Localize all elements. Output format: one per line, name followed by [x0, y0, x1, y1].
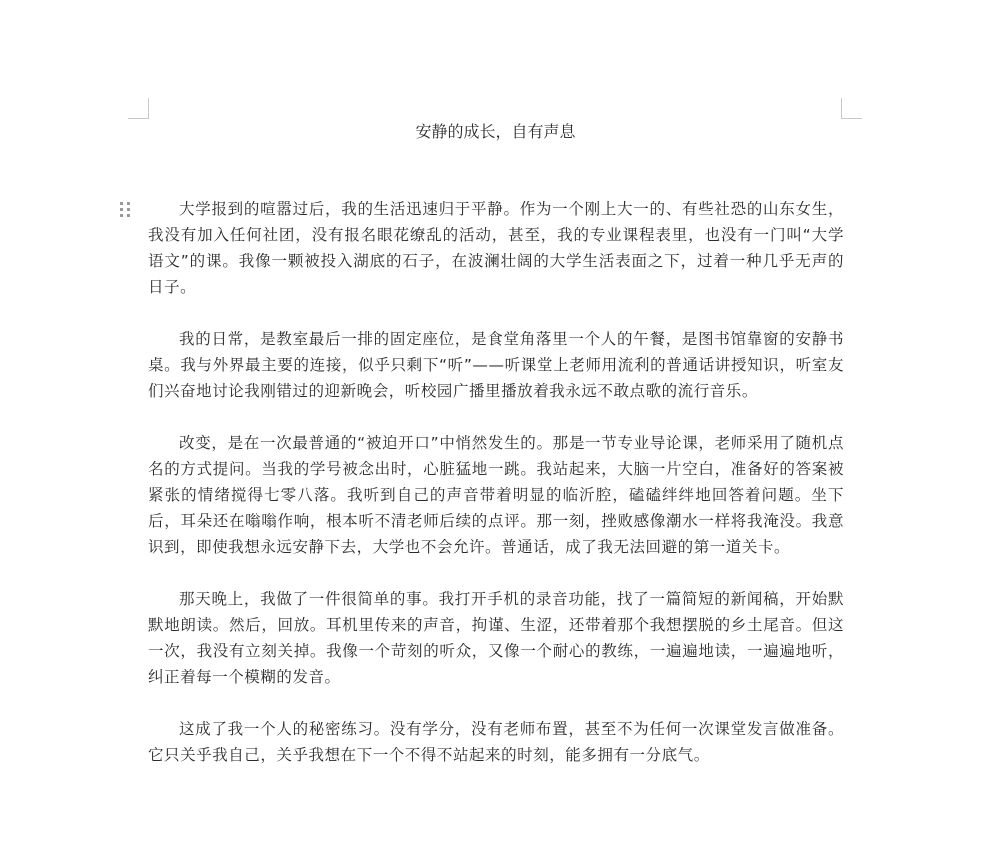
paragraph-2[interactable]: 我的日常，是教室最后一排的固定座位，是食堂角落里一个人的午餐，是图书馆靠窗的安静… — [148, 326, 844, 404]
paragraph-3[interactable]: 改变，是在一次最普通的“被迫开口”中悄然发生的。那是一节专业导论课，老师采用了随… — [148, 430, 844, 560]
margin-corner-top-right — [841, 98, 862, 119]
paragraph-2-text: 我的日常，是教室最后一排的固定座位，是食堂角落里一个人的午餐，是图书馆靠窗的安静… — [148, 330, 844, 400]
document-body: 大学报到的喧嚣过后，我的生活迅速归于平静。作为一个刚上大一的、有些社恐的山东女生… — [148, 196, 844, 794]
document-page: 安静的成长，自有声息 大学报到的喧嚣过后，我的生活迅速归于平静。作为一个刚上大一… — [0, 0, 991, 850]
paragraph-3-text: 改变，是在一次最普通的“被迫开口”中悄然发生的。那是一节专业导论课，老师采用了随… — [148, 434, 844, 556]
drag-handle-icon[interactable] — [120, 202, 130, 216]
margin-corner-top-left — [128, 98, 149, 119]
document-title[interactable]: 安静的成长，自有声息 — [148, 120, 843, 144]
paragraph-1-text: 大学报到的喧嚣过后，我的生活迅速归于平静。作为一个刚上大一的、有些社恐的山东女生… — [148, 200, 844, 296]
paragraph-1[interactable]: 大学报到的喧嚣过后，我的生活迅速归于平静。作为一个刚上大一的、有些社恐的山东女生… — [148, 196, 844, 300]
paragraph-4-text: 那天晚上，我做了一件很简单的事。我打开手机的录音功能，找了一篇简短的新闻稿，开始… — [148, 590, 844, 686]
paragraph-5[interactable]: 这成了我一个人的秘密练习。没有学分，没有老师布置，甚至不为任何一次课堂发言做准备… — [148, 716, 844, 768]
paragraph-5-text: 这成了我一个人的秘密练习。没有学分，没有老师布置，甚至不为任何一次课堂发言做准备… — [148, 720, 844, 764]
paragraph-4[interactable]: 那天晚上，我做了一件很简单的事。我打开手机的录音功能，找了一篇简短的新闻稿，开始… — [148, 586, 844, 690]
